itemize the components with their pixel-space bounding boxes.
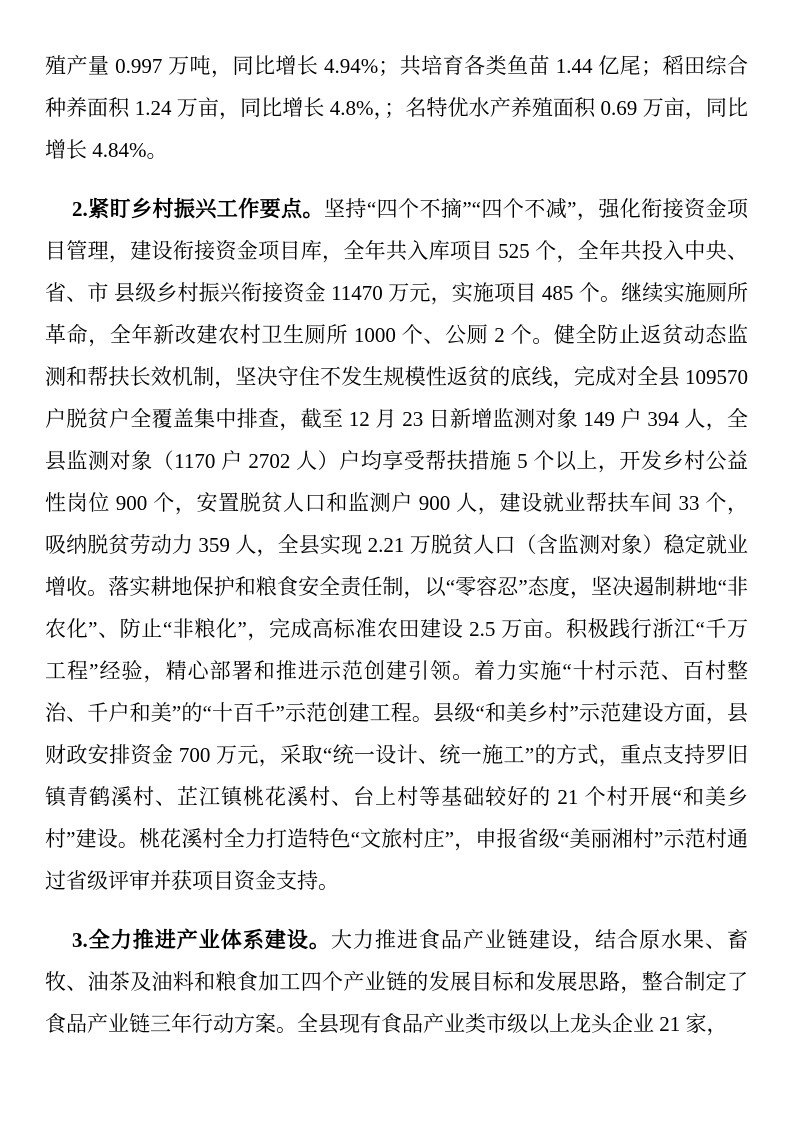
- paragraph-lead-heading: 2.紧盯乡村振兴工作要点。: [72, 197, 324, 221]
- paragraph-aquaculture-stats: 殖产量 0.997 万吨，同比增长 4.94%；共培育各类鱼苗 1.44 亿尾；…: [45, 45, 748, 171]
- paragraph-rural-revitalization: 2.紧盯乡村振兴工作要点。坚持“四个不摘”“四个不减”，强化衔接资金项目管理，建…: [45, 188, 748, 902]
- paragraph-industry-system: 3.全力推进产业体系建设。大力推进食品产业链建设，结合原水果、畜牧、油茶及油料和…: [45, 919, 748, 1045]
- document-page: 殖产量 0.997 万吨，同比增长 4.94%；共培育各类鱼苗 1.44 亿尾；…: [0, 0, 793, 1122]
- paragraph-body: 坚持“四个不摘”“四个不减”，强化衔接资金项目管理，建设衔接资金项目库，全年共入…: [45, 197, 748, 893]
- paragraph-lead-heading: 3.全力推进产业体系建设。: [72, 928, 331, 952]
- paragraph-body: 殖产量 0.997 万吨，同比增长 4.94%；共培育各类鱼苗 1.44 亿尾；…: [45, 54, 748, 162]
